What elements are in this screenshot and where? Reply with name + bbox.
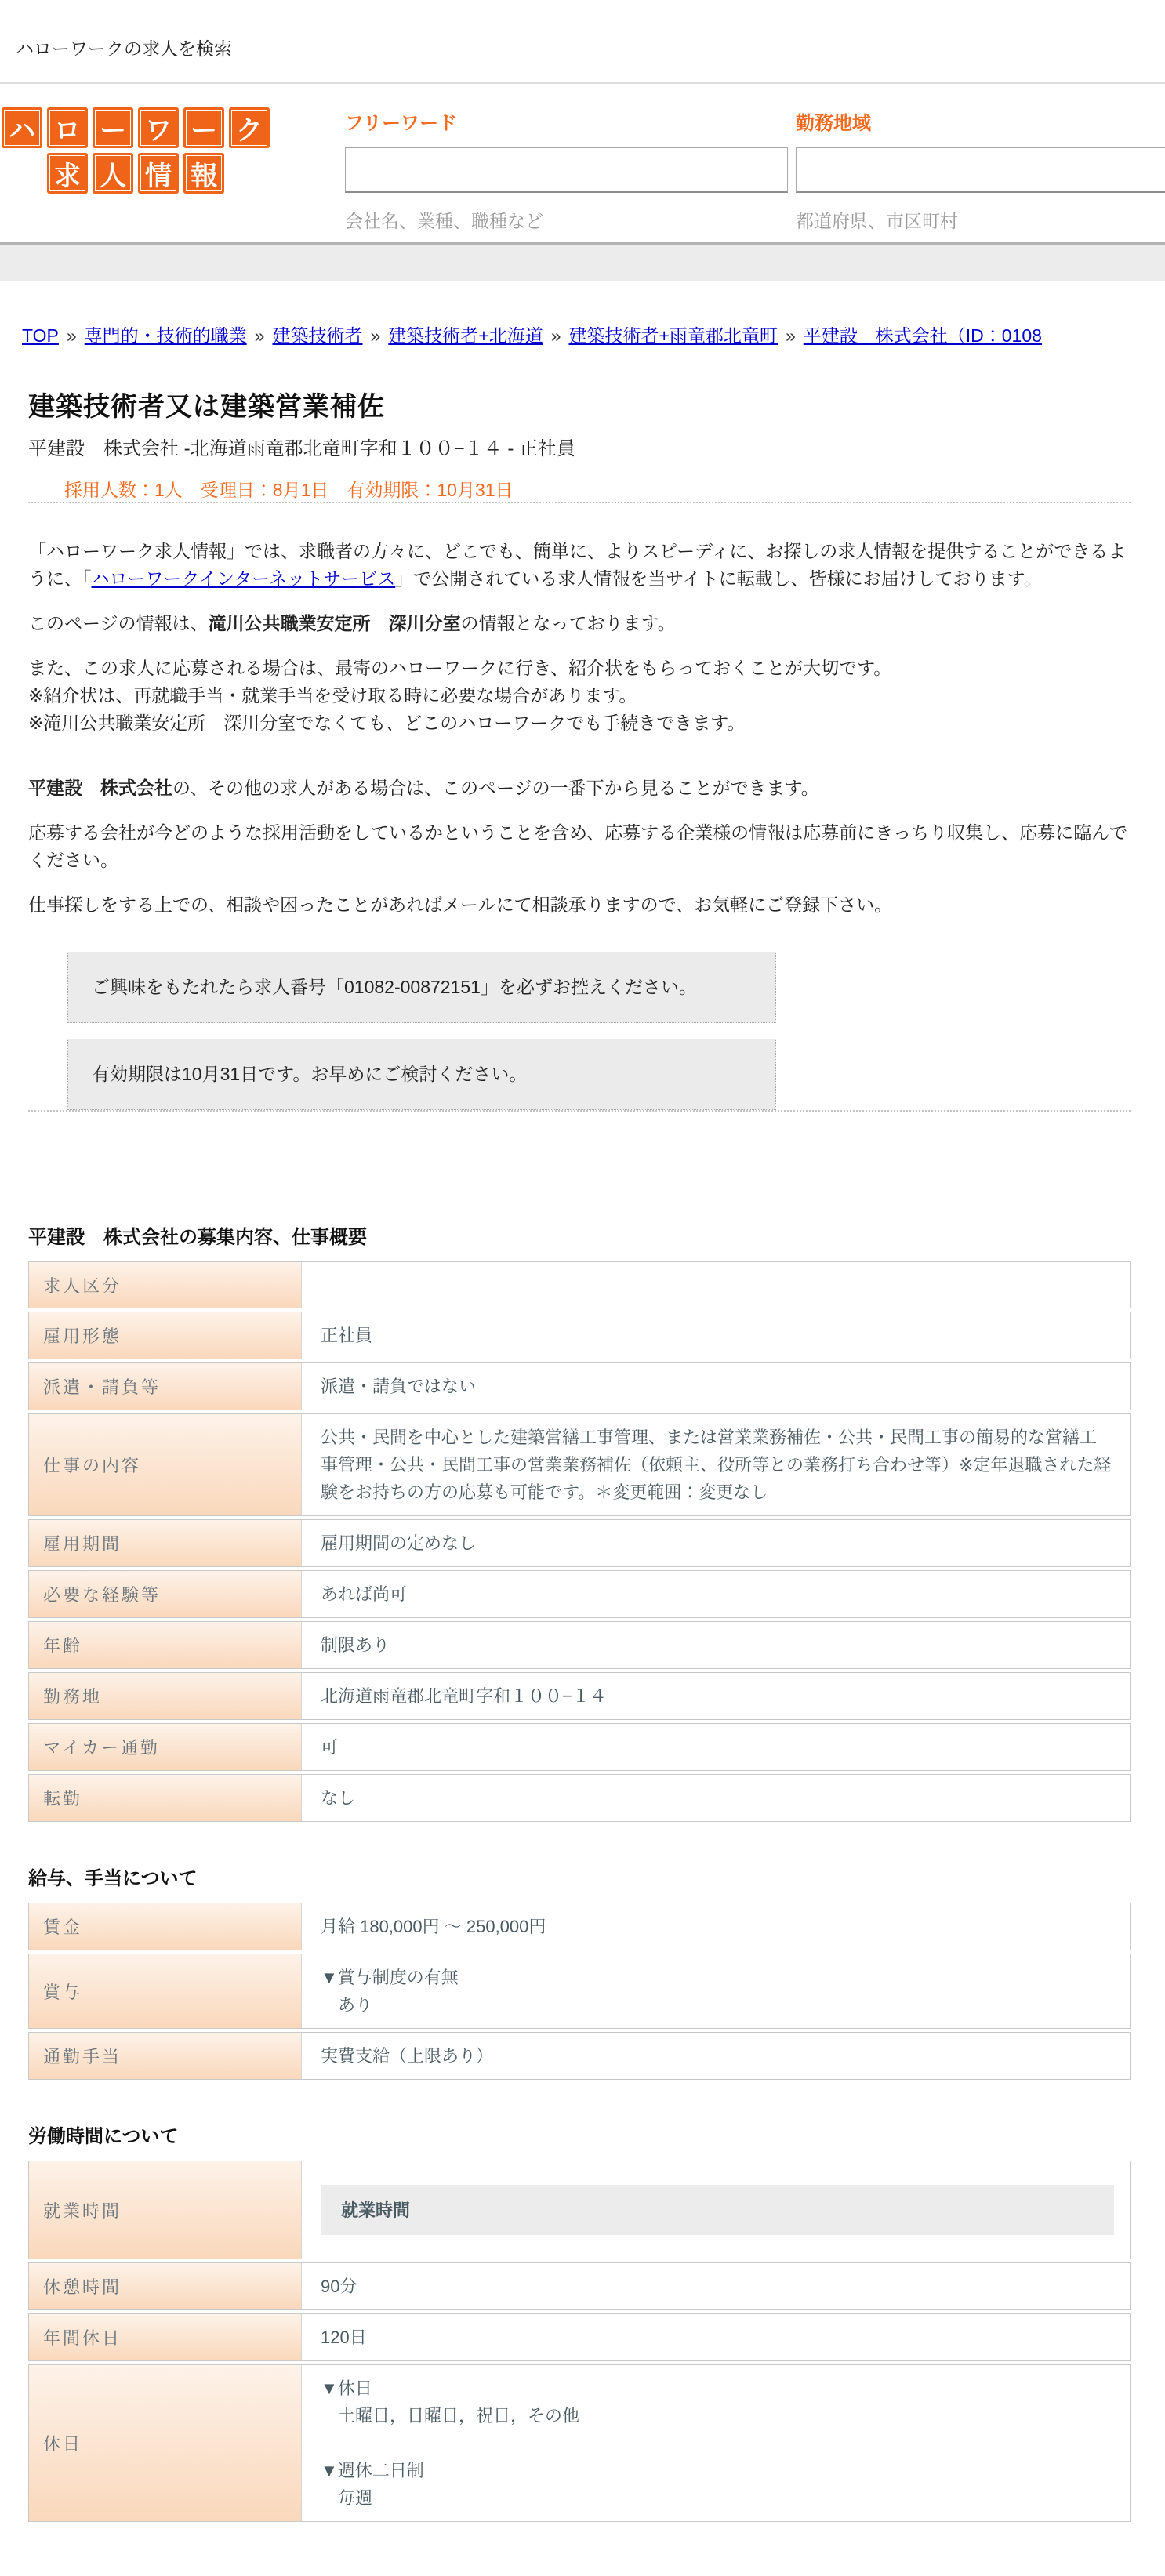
intro-p1-text-after: 」で公開されている求人情報を当サイトに転載し、皆様にお届けしております。 [395, 568, 1042, 589]
logo-tile: ロ [47, 107, 88, 148]
row-label: マイカー通勤 [29, 1724, 302, 1770]
row-label: 必要な経験等 [29, 1571, 302, 1617]
row-label: 就業時間 [29, 2161, 302, 2259]
intro-paragraph-3: また、この求人に応募される場合は、最寄のハローワークに行き、紹介状をもらっておく… [28, 655, 1131, 737]
work-area-hint: 都道府県、市区町村 [796, 207, 1165, 233]
intro-p2-text-before: このページの情報は、 [28, 613, 209, 633]
row-label: 仕事の内容 [29, 1414, 302, 1515]
row-label: 年間休日 [29, 2314, 302, 2360]
table-row: 就業時間就業時間 [28, 2161, 1131, 2259]
row-label: 賞与 [29, 1954, 302, 2028]
row-value: あれば尚可 [302, 1571, 1130, 1617]
intro-p2-text-after: の情報となっております。 [461, 613, 676, 633]
row-value: 雇用期間の定めなし [302, 1520, 1130, 1566]
row-value: 月給 180,000円 〜 250,000円 [302, 1903, 1130, 1950]
row-label: 賃金 [29, 1903, 302, 1950]
row-label: 求人区分 [29, 1262, 302, 1308]
table-row: 仕事の内容公共・民間を中心とした建築営繕工事管理、または営業業務補佐・公共・民間… [28, 1413, 1131, 1516]
company-name-bold: 平建設 株式会社 [28, 778, 172, 798]
job-detail-table: 賃金月給 180,000円 〜 250,000円賞与▼賞与制度の有無 あり通勤手… [28, 1903, 1131, 2080]
dotted-divider [28, 502, 1131, 503]
breadcrumb-link[interactable]: 建築技術者+北海道 [388, 325, 543, 346]
job-meta: 採用人数：1人 受理日：8月1日 有効期限：10月31日 [28, 476, 1131, 502]
row-value-subheader: 就業時間 [321, 2185, 1114, 2235]
page-heading: ハローワークの求人を検索 [0, 0, 1165, 84]
office-name-bold: 滝川公共職業安定所 深川分室 [209, 613, 461, 633]
row-label: 派遣・請負等 [29, 1363, 302, 1410]
header-bottom-bar [0, 242, 1165, 281]
row-value: 北海道雨竜郡北竜町字和１００−１４ [302, 1673, 1130, 1719]
row-value: 可 [302, 1724, 1130, 1770]
table-row: 年齢制限あり [28, 1621, 1131, 1669]
logo-tile: ー [93, 107, 133, 148]
row-value: 就業時間 [302, 2161, 1130, 2259]
row-value: 派遣・請負ではない [302, 1363, 1130, 1410]
freeword-label: フリーワード [345, 107, 788, 135]
job-detail-table: 就業時間就業時間休憩時間90分年間休日120日休日▼休日 土曜日，日曜日，祝日，… [28, 2161, 1131, 2522]
section-heading: 給与、手当について [28, 1863, 1131, 1890]
intro-paragraph-4: 平建設 株式会社の、その他の求人がある場合は、このページの一番下から見ることがで… [28, 775, 1131, 802]
table-row: 雇用形態正社員 [28, 1312, 1131, 1359]
logo-tile: ハ [2, 107, 42, 148]
row-label: 雇用形態 [29, 1312, 302, 1359]
logo-row2: 求人情報 [47, 153, 282, 194]
logo-tile: ク [229, 107, 270, 148]
breadcrumb-separator: » [551, 325, 561, 346]
table-row: 賃金月給 180,000円 〜 250,000円 [28, 1903, 1131, 1950]
table-row: 通勤手当実費支給（上限あり） [28, 2032, 1131, 2080]
table-row: 休日▼休日 土曜日，日曜日，祝日，その他 ▼週休二日制 毎週 [28, 2364, 1131, 2522]
logo-tile: ー [183, 107, 224, 148]
breadcrumb-separator: » [255, 325, 265, 346]
breadcrumb-separator: » [370, 325, 380, 346]
row-value: なし [302, 1775, 1130, 1821]
row-value: 制限あり [302, 1622, 1130, 1668]
row-label: 通勤手当 [29, 2033, 302, 2079]
job-title: 建築技術者又は建築営業補佐 [28, 385, 1131, 423]
table-row: 年間休日120日 [28, 2313, 1131, 2361]
row-label: 勤務地 [29, 1673, 302, 1719]
logo-row1: ハローワーク [2, 107, 282, 148]
table-row: マイカー通勤可 [28, 1723, 1131, 1771]
logo-tile: 人 [93, 153, 133, 194]
hellowork-internet-service-link[interactable]: ハローワークインターネットサービス [92, 568, 396, 589]
breadcrumb-link[interactable]: 平建設 株式会社（ID：0108 [804, 325, 1042, 346]
row-label: 年齢 [29, 1622, 302, 1668]
job-detail-sections: 平建設 株式会社の募集内容、仕事概要求人区分雇用形態正社員派遣・請負等派遣・請負… [28, 1221, 1131, 2522]
row-value [302, 1262, 1130, 1308]
freeword-input[interactable] [345, 147, 788, 193]
job-subtitle: 平建設 株式会社 -北海道雨竜郡北竜町字和１００−１４ - 正社員 [28, 433, 1131, 460]
table-row: 雇用期間雇用期間の定めなし [28, 1519, 1131, 1567]
table-row: 勤務地北海道雨竜郡北竜町字和１００−１４ [28, 1672, 1131, 1720]
breadcrumb-link[interactable]: 建築技術者+雨竜郡北竜町 [569, 325, 778, 346]
freeword-field-group: フリーワード 会社名、業種、職種など [345, 107, 788, 233]
row-value: 90分 [302, 2263, 1130, 2309]
breadcrumb-link[interactable]: 建築技術者 [272, 325, 362, 346]
table-row: 休憩時間90分 [28, 2262, 1131, 2310]
breadcrumb-separator: » [67, 325, 77, 346]
logo-tile: ワ [138, 107, 179, 148]
table-row: 必要な経験等あれば尚可 [28, 1570, 1131, 1618]
row-label: 雇用期間 [29, 1520, 302, 1566]
row-value: 正社員 [302, 1312, 1130, 1359]
row-value: 実費支給（上限あり） [302, 2033, 1130, 2079]
main-content: 建築技術者又は建築営業補佐 平建設 株式会社 -北海道雨竜郡北竜町字和１００−１… [0, 385, 1165, 2522]
job-number-note-text: ご興味をもたれたら求人番号「01082-00872151」を必ずお控えください。 [92, 974, 752, 1001]
row-value: 公共・民間を中心とした建築営繕工事管理、または営業業務補佐・公共・民間工事の簡易… [302, 1414, 1130, 1515]
breadcrumb-link[interactable]: TOP [22, 325, 59, 346]
logo-tile: 報 [183, 153, 224, 194]
table-row: 賞与▼賞与制度の有無 あり [28, 1954, 1131, 2029]
row-label: 転勤 [29, 1775, 302, 1821]
intro-p4-text-after: の、その他の求人がある場合は、このページの一番下から見ることができます。 [172, 778, 819, 798]
deadline-note-text: 有効期限は10月31日です。お早めにご検討ください。 [92, 1061, 752, 1088]
freeword-hint: 会社名、業種、職種など [345, 207, 788, 233]
hellowork-logo[interactable]: ハローワーク求人情報 [2, 107, 282, 233]
work-area-field-group: 勤務地域 都道府県、市区町村 [796, 107, 1165, 233]
section-heading: 労働時間について [28, 2121, 1131, 2148]
breadcrumb-separator: » [786, 325, 796, 346]
intro-paragraph-6: 仕事探しをする上での、相談や困ったことがあればメールにて相談承りますので、お気軽… [28, 891, 1131, 919]
breadcrumb: TOP»専門的・技術的職業»建築技術者»建築技術者+北海道»建築技術者+雨竜郡北… [0, 281, 1165, 347]
row-label: 休憩時間 [29, 2263, 302, 2309]
work-area-label: 勤務地域 [796, 107, 1165, 135]
site-header: ハローワーク求人情報 フリーワード 会社名、業種、職種など 勤務地域 都道府県、… [0, 84, 1165, 233]
deadline-note: 有効期限は10月31日です。お早めにご検討ください。 [67, 1039, 776, 1110]
intro-paragraph-5: 応募する会社が今どのような採用活動をしているかということを含め、応募する企業様の… [28, 819, 1131, 874]
table-row: 転勤なし [28, 1774, 1131, 1822]
job-detail-table: 求人区分雇用形態正社員派遣・請負等派遣・請負ではない仕事の内容公共・民間を中心と… [28, 1261, 1131, 1822]
table-row: 求人区分 [28, 1261, 1131, 1308]
row-value: ▼賞与制度の有無 あり [302, 1954, 1130, 2028]
job-number-note: ご興味をもたれたら求人番号「01082-00872151」を必ずお控えください。 [67, 952, 776, 1023]
table-row: 派遣・請負等派遣・請負ではない [28, 1362, 1131, 1410]
work-area-input[interactable] [796, 147, 1165, 193]
logo-tile: 情 [138, 153, 179, 194]
logo-tile: 求 [47, 153, 88, 194]
intro-paragraph-1: 「ハローワーク求人情報」では、求職者の方々に、どこでも、簡単に、よりスピーディに… [28, 538, 1131, 593]
dotted-divider [28, 1110, 1131, 1112]
breadcrumb-link[interactable]: 専門的・技術的職業 [85, 325, 247, 346]
row-value: 120日 [302, 2314, 1130, 2360]
job-search-form: フリーワード 会社名、業種、職種など 勤務地域 都道府県、市区町村 [345, 107, 1165, 233]
row-value: ▼休日 土曜日，日曜日，祝日，その他 ▼週休二日制 毎週 [302, 2365, 1130, 2521]
intro-paragraph-2: このページの情報は、滝川公共職業安定所 深川分室の情報となっております。 [28, 610, 1131, 637]
section-heading: 平建設 株式会社の募集内容、仕事概要 [28, 1221, 1131, 1249]
row-label: 休日 [29, 2365, 302, 2521]
